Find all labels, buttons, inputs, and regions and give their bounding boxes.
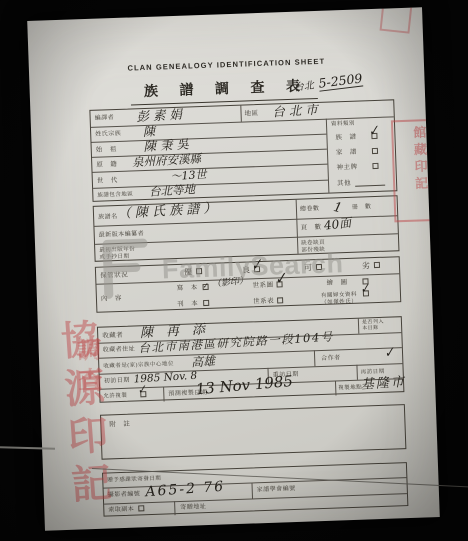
owner-address-label: 收藏者住址 <box>103 346 136 354</box>
table-divider <box>92 149 327 158</box>
volume-info-table: 族譜名 （ 陳 氏 族 譜 ） 總卷數 1 冊 數 最新版本編纂者 頁 數 40… <box>93 195 400 262</box>
manuscript-note: （影印） <box>212 277 249 290</box>
origin-label: 原 籍 <box>96 161 117 169</box>
listed-label-line1: 是否列入 <box>362 320 384 326</box>
checkbox-icon <box>277 297 283 303</box>
volumes-unit-label: 冊 數 <box>352 204 372 211</box>
clan-center-label: 收藏者是(家)宗族中心地位 <box>103 361 174 370</box>
copy-place-value: 基隆市 <box>361 376 407 392</box>
founder-label: 始 祖 <box>96 146 117 154</box>
catalog-number: 台北5-2509 <box>293 69 364 95</box>
checkbox-icon <box>374 262 380 268</box>
condition-good-label: 良 <box>242 266 251 275</box>
manuscript-label: 寫 本 <box>177 284 198 292</box>
remarks-label: 附 註 <box>109 421 130 429</box>
area-value: 台 北 市 <box>272 104 318 119</box>
right-seal-stamp: 館藏印記 <box>391 119 437 222</box>
owner-info-table: 收藏者 陳 再 添 是否列入 本目錄 收藏者住址 台北市南港區研究院路一段104… <box>97 316 404 403</box>
generation-label: 世 代 <box>97 177 118 185</box>
table-divider <box>91 134 326 143</box>
condition-content-table: 保管狀況 優 良 ✓ 可 劣 內 容 寫 本 ✓ （影印） 刊 本 世系圖 ✓ … <box>95 256 401 313</box>
table-divider <box>326 119 330 193</box>
copy-permission-label: 允許複製 <box>103 393 127 400</box>
founder-value: 陳 秉 吳 <box>143 138 189 153</box>
table-divider <box>358 319 360 334</box>
category-item-jiapu-label: 家 譜 <box>336 149 357 157</box>
checkmark-icon: ✓ <box>273 270 289 288</box>
category-item-zupu-label: 族 譜 <box>335 134 356 142</box>
coverage-value: 台北等地 <box>149 184 196 198</box>
checkbox-icon <box>203 300 209 306</box>
copy-date-value: 13 Nov 1985 <box>195 374 293 397</box>
basic-info-table: 編譯者 彭 素 娟 地區 台 北 市 姓氏宗族 陳 始 祖 陳 秉 吳 原 籍 … <box>89 99 397 202</box>
checkmark-icon: ✓ <box>358 281 371 295</box>
genealogy-title-value: （ 陳 氏 族 譜 ） <box>117 202 216 221</box>
catalog-prefix: 台北 <box>293 80 314 93</box>
thanks-letter-label: 贈予感謝狀寄發日期 <box>107 476 161 484</box>
origin-value: 泉州府安溪縣 <box>132 153 202 169</box>
checkbox-icon <box>372 148 378 154</box>
table-divider <box>163 386 165 401</box>
pedigree-table-label: 世系表 <box>253 298 274 306</box>
checkmark-icon: ✓ <box>202 282 209 290</box>
illustration-label: 繪 圖 <box>326 279 347 287</box>
checkmark-icon: ✓ <box>367 124 381 139</box>
condition-excellent-label: 優 <box>184 268 193 277</box>
listed-label-line2: 本目錄 <box>362 326 379 332</box>
generation-value: ～13世 <box>170 169 207 182</box>
condition-fair-label: 可 <box>304 264 313 273</box>
pen-mark <box>0 446 55 449</box>
table-divider <box>314 350 316 366</box>
printed-label: 刊 本 <box>177 300 198 308</box>
corner-seal-stamp <box>380 7 413 33</box>
women-data-sub-label: （如僅姓氏） <box>321 299 357 306</box>
cooperator-label: 合作者 <box>321 355 341 362</box>
table-divider <box>356 365 358 380</box>
document-sheet: CLAN GENEALOGY IDENTIFICATION SHEET 族 譜 … <box>27 7 440 530</box>
checkbox-icon <box>372 163 378 169</box>
society-number-label: 家譜學會編號 <box>257 486 296 494</box>
photo-background: CLAN GENEALOGY IDENTIFICATION SHEET 族 譜 … <box>0 0 468 541</box>
table-divider <box>240 106 242 122</box>
coverage-label: 族譜包含地區 <box>97 191 133 198</box>
table-divider <box>335 380 337 395</box>
first-publication-label-line2: 或手抄日期 <box>99 254 129 261</box>
missing-pages-label-line2: 部份殘缺 <box>301 247 325 254</box>
area-label: 地區 <box>244 110 258 118</box>
category-item-tablet-label: 神主牌 <box>336 164 357 172</box>
clan-center-value: 高雄 <box>191 355 216 368</box>
category-label: 資料類別 <box>331 121 355 128</box>
genealogy-title-label: 族譜名 <box>98 214 118 221</box>
table-divider <box>174 501 175 515</box>
first-visit-label: 初訪日期 <box>104 378 130 385</box>
photographer-number-value: A65-2 76 <box>145 480 226 500</box>
donation-address-label: 寄贈地址 <box>180 504 206 511</box>
table-divider <box>296 200 299 254</box>
compiler-label: 最新版本編纂者 <box>99 231 145 239</box>
checkmark-icon: ✓ <box>249 257 264 273</box>
table-divider <box>251 482 253 498</box>
page-title: 族 譜 調 查 表 <box>130 75 318 106</box>
table-divider <box>93 164 328 173</box>
checkmark-icon: ✓ <box>136 383 148 396</box>
remarks-table: 附 註 <box>100 404 406 460</box>
volumes-label: 總卷數 <box>300 206 320 213</box>
checkbox-icon <box>316 264 322 270</box>
surname-label: 姓氏宗族 <box>95 131 121 138</box>
condition-label: 保管狀況 <box>100 272 128 280</box>
first-publication-label-line1: 最初出版年份 <box>99 246 135 253</box>
copy-place-label: 複製地點 <box>338 385 362 392</box>
left-seal-stamp-inner: 調查 <box>74 337 100 398</box>
content-label: 內 容 <box>101 295 122 303</box>
table-divider <box>93 180 328 189</box>
missing-pages-label-line1: 缺卷缺頁 <box>301 240 325 247</box>
checkbox-icon <box>138 505 144 511</box>
owner-label: 收藏者 <box>102 332 123 340</box>
condition-poor-label: 劣 <box>362 262 371 271</box>
pedigree-chart-label: 世系圖 <box>252 282 273 290</box>
interviewer-label: 編譯者 <box>95 115 115 122</box>
english-title: CLAN GENEALOGY IDENTIFICATION SHEET <box>29 53 424 76</box>
fill-in-line <box>355 185 385 187</box>
pages-value: 40面 <box>323 217 352 232</box>
pages-label: 頁 數 <box>300 224 321 232</box>
checkbox-icon <box>196 268 202 274</box>
category-item-other-label: 其他 <box>337 180 351 188</box>
interviewer-value: 彭 素 娟 <box>136 109 182 124</box>
surname-value: 陳 <box>143 125 156 138</box>
volumes-value: 1 <box>332 201 343 216</box>
catalog-value: 5-2509 <box>318 70 364 91</box>
third-visit-label: 再訪日期 <box>361 369 385 376</box>
